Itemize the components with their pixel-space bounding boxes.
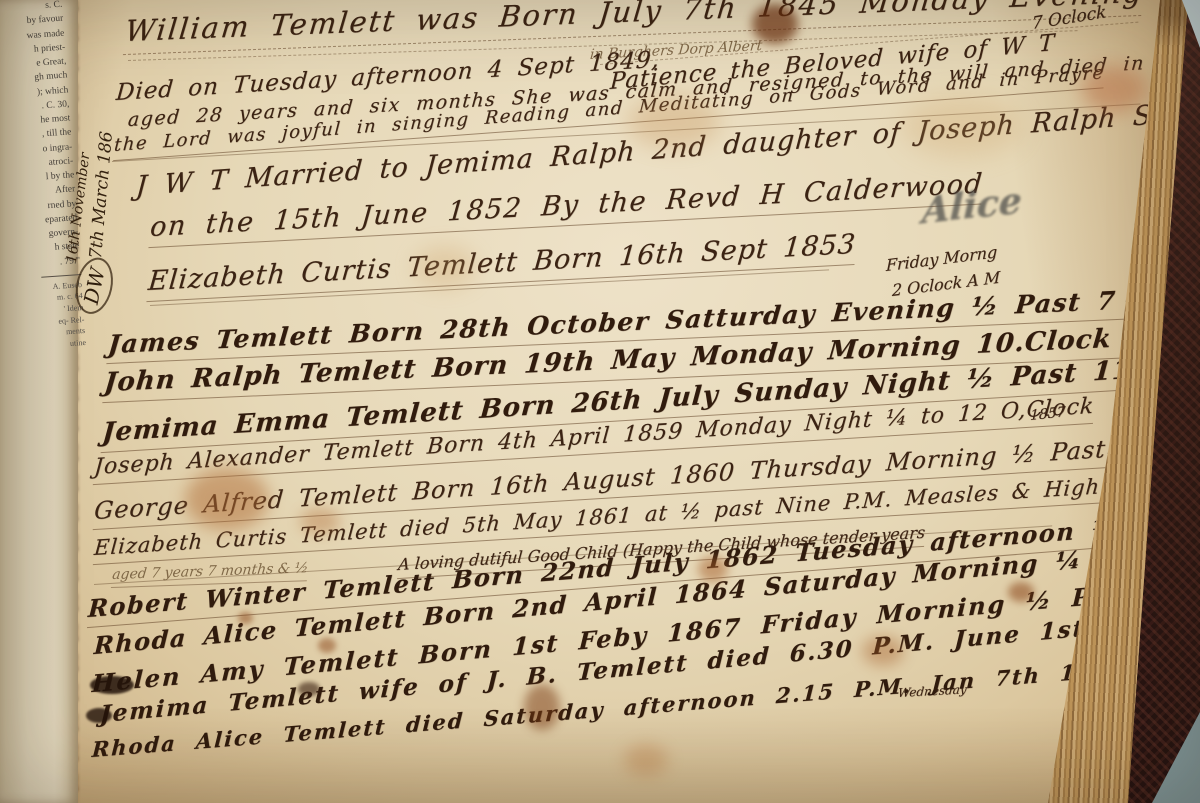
facing-page-strip: s. C.by favourwas madeh priest-e Great,g…: [0, 0, 78, 803]
register-entry: Alice: [921, 179, 1022, 232]
printed-divider: [41, 274, 81, 278]
family-register-book-photo: William Temlett was Born July 7th 1845 M…: [0, 0, 1200, 803]
register-page: William Temlett was Born July 7th 1845 M…: [0, 0, 1200, 803]
printed-text-column: s. C.by favourwas madeh priest-e Great,g…: [0, 0, 86, 352]
paper-stain: [624, 744, 668, 776]
